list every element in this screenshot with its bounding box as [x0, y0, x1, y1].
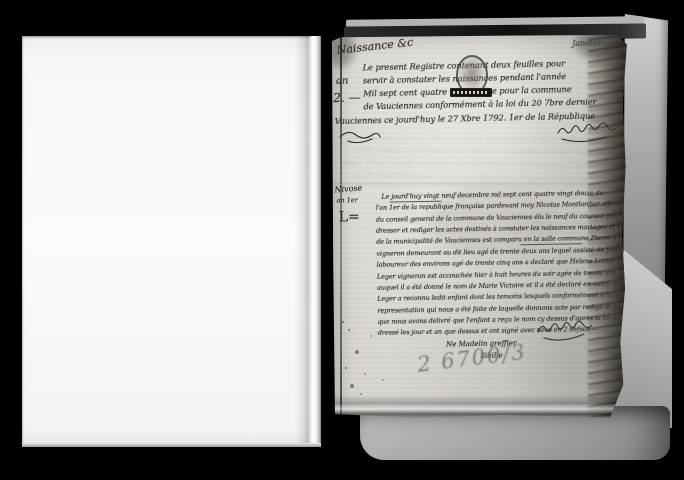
entry-margin-month: Nivose [334, 184, 362, 195]
underline-mark [520, 243, 582, 245]
manuscript-page: du conseil general de la commune de Vauc… [332, 35, 628, 419]
entry-line: du conseil general de la commune de Vauc… [376, 212, 621, 224]
manuscript-assembly: du conseil general de la commune de Vauc… [330, 14, 674, 470]
entry-margin-letter: L= [339, 209, 360, 225]
blank-page-fold-edge [294, 36, 321, 445]
blank-facing-page [22, 36, 320, 445]
signature-flourish-icon [536, 319, 596, 344]
entry-margin-year: an 1er [336, 196, 357, 204]
scanned-register-photo: du conseil general de la commune de Vauc… [0, 0, 684, 480]
worn-bottom-edge [332, 395, 628, 419]
blank-page-bottom-edge [22, 443, 321, 447]
entry-line: Le jourd'huy vingt neuf decembre mil sep… [381, 189, 603, 201]
